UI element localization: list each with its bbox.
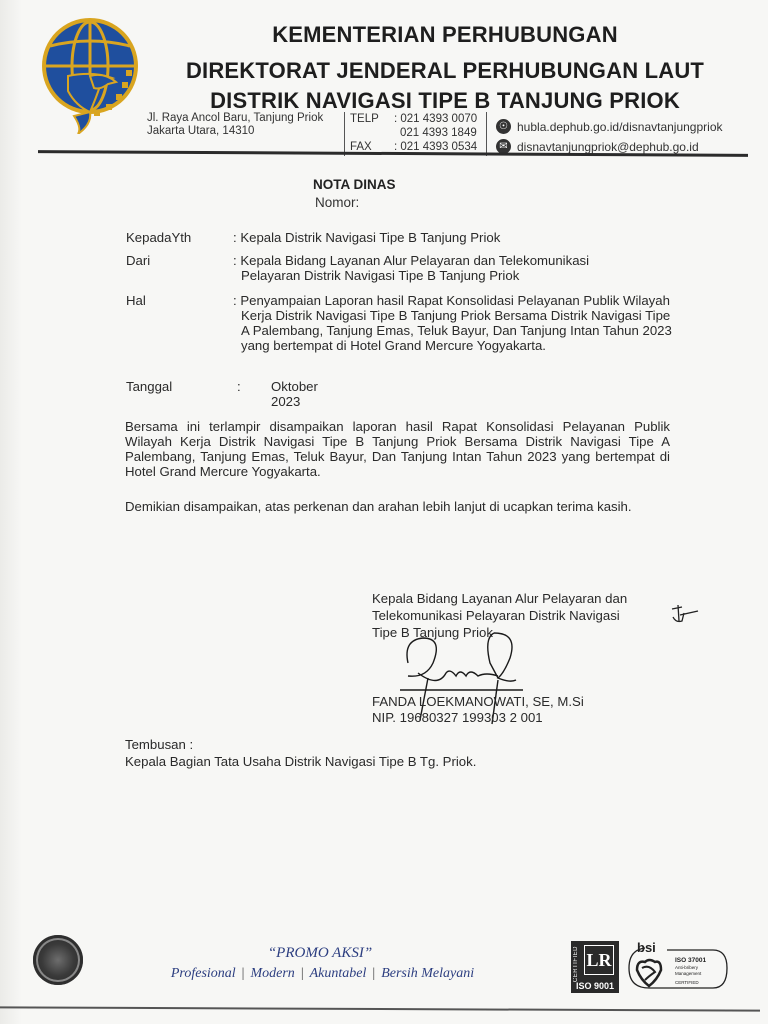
memo-number: Nomor: bbox=[315, 195, 359, 210]
svg-text:Anti-bribery: Anti-bribery bbox=[675, 965, 699, 970]
letterhead-district: DISTRIK NAVIGASI TIPE B TANJUNG PRIOK bbox=[150, 88, 740, 114]
letterhead-directorate: DIREKTORAT JENDERAL PERHUBUNGAN LAUT bbox=[150, 58, 740, 84]
position-line: Telekomunikasi Pelayaran Distrik Navigas… bbox=[372, 607, 672, 624]
certified-text: CERTIFIED bbox=[573, 946, 579, 982]
field-value: Oktober 2023 bbox=[271, 379, 318, 409]
seal-emblem bbox=[33, 935, 83, 985]
address-line-1: Jl. Raya Ancol Baru, Tanjung Priok bbox=[147, 112, 323, 125]
address-line-2: Jakarta Utara, 14310 bbox=[147, 125, 323, 138]
lr-iso9001-badge: CERTIFIED LR ISO 9001 bbox=[571, 941, 619, 993]
email-text: disnavtanjungpriok@dephub.go.id bbox=[517, 140, 699, 154]
field-label: Dari bbox=[126, 253, 226, 268]
bsi-iso37001-badge: bsi ISO 37001 Anti-bribery Management CE… bbox=[625, 940, 729, 992]
svg-text:ISO 37001: ISO 37001 bbox=[675, 957, 706, 964]
paraf-initial bbox=[668, 603, 700, 632]
page-edge bbox=[0, 0, 22, 1024]
motto-item: Modern bbox=[250, 966, 294, 981]
telp-label: TELP bbox=[350, 112, 394, 126]
website-text: hubla.dephub.go.id/disnavtanjungpriok bbox=[517, 120, 723, 134]
field-label: Tanggal bbox=[126, 379, 226, 394]
divider bbox=[344, 112, 345, 156]
motto-item: Akuntabel bbox=[310, 966, 367, 981]
carbon-copy: Tembusan : Kepala Bagian Tata Usaha Dist… bbox=[125, 736, 476, 770]
iso-standard: ISO 9001 bbox=[571, 981, 619, 991]
lr-mark: LR bbox=[584, 945, 614, 975]
motto-separator: | bbox=[242, 966, 245, 981]
website-link[interactable]: ☉ hubla.dephub.go.id/disnavtanjungpriok bbox=[496, 119, 723, 134]
cc-label: Tembusan : bbox=[125, 736, 476, 753]
ministry-logo bbox=[38, 16, 142, 134]
signatory-name: FANDA LOEKMANOWATI, SE, M.Si bbox=[372, 694, 584, 710]
telp-value-1: : 021 4393 0070 bbox=[394, 113, 477, 125]
globe-icon: ☉ bbox=[496, 119, 511, 134]
motto-separator: | bbox=[372, 966, 375, 981]
office-address: Jl. Raya Ancol Baru, Tanjung Priok Jakar… bbox=[147, 112, 323, 138]
contact-numbers: TELP: 021 4393 0070 021 4393 1849 FAX: 0… bbox=[350, 112, 477, 154]
letterhead-ministry: KEMENTERIAN PERHUBUNGAN bbox=[150, 22, 740, 48]
field-value: : Penyampaian Laporan hasil Rapat Konsol… bbox=[233, 293, 673, 353]
telp-value-2: 021 4393 1849 bbox=[394, 127, 477, 139]
field-colon: : bbox=[237, 379, 241, 394]
field-label: Hal bbox=[126, 293, 226, 308]
position-line: Kepala Bidang Layanan Alur Pelayaran dan bbox=[372, 590, 672, 607]
motto-item: Bersih Melayani bbox=[381, 966, 474, 981]
motto: Profesional|Modern|Akuntabel|Bersih Mela… bbox=[140, 966, 505, 982]
memo-title: NOTA DINAS bbox=[313, 177, 396, 192]
motto-separator: | bbox=[301, 966, 304, 981]
footer-rule bbox=[0, 1006, 760, 1011]
field-value: : Kepala Distrik Navigasi Tipe B Tanjung… bbox=[233, 230, 681, 245]
body-paragraph-1: Bersama ini terlampir disampaikan lapora… bbox=[125, 419, 670, 479]
slogan: “PROMO AKSI” bbox=[140, 945, 500, 962]
svg-text:CERTIFIED: CERTIFIED bbox=[675, 980, 699, 985]
cc-item: Kepala Bagian Tata Usaha Distrik Navigas… bbox=[125, 753, 476, 770]
signatory: FANDA LOEKMANOWATI, SE, M.Si NIP. 196803… bbox=[372, 694, 584, 726]
field-label: KepadaYth bbox=[126, 230, 226, 245]
body-paragraph-2: Demikian disampaikan, atas perkenan dan … bbox=[125, 499, 670, 514]
signatory-nip: NIP. 19680327 199303 2 001 bbox=[372, 710, 584, 726]
svg-text:bsi: bsi bbox=[637, 940, 656, 955]
motto-item: Profesional bbox=[171, 966, 236, 981]
svg-text:Management: Management bbox=[675, 971, 702, 976]
divider bbox=[486, 112, 487, 156]
field-value: : Kepala Bidang Layanan Alur Pelayaran d… bbox=[233, 253, 641, 283]
